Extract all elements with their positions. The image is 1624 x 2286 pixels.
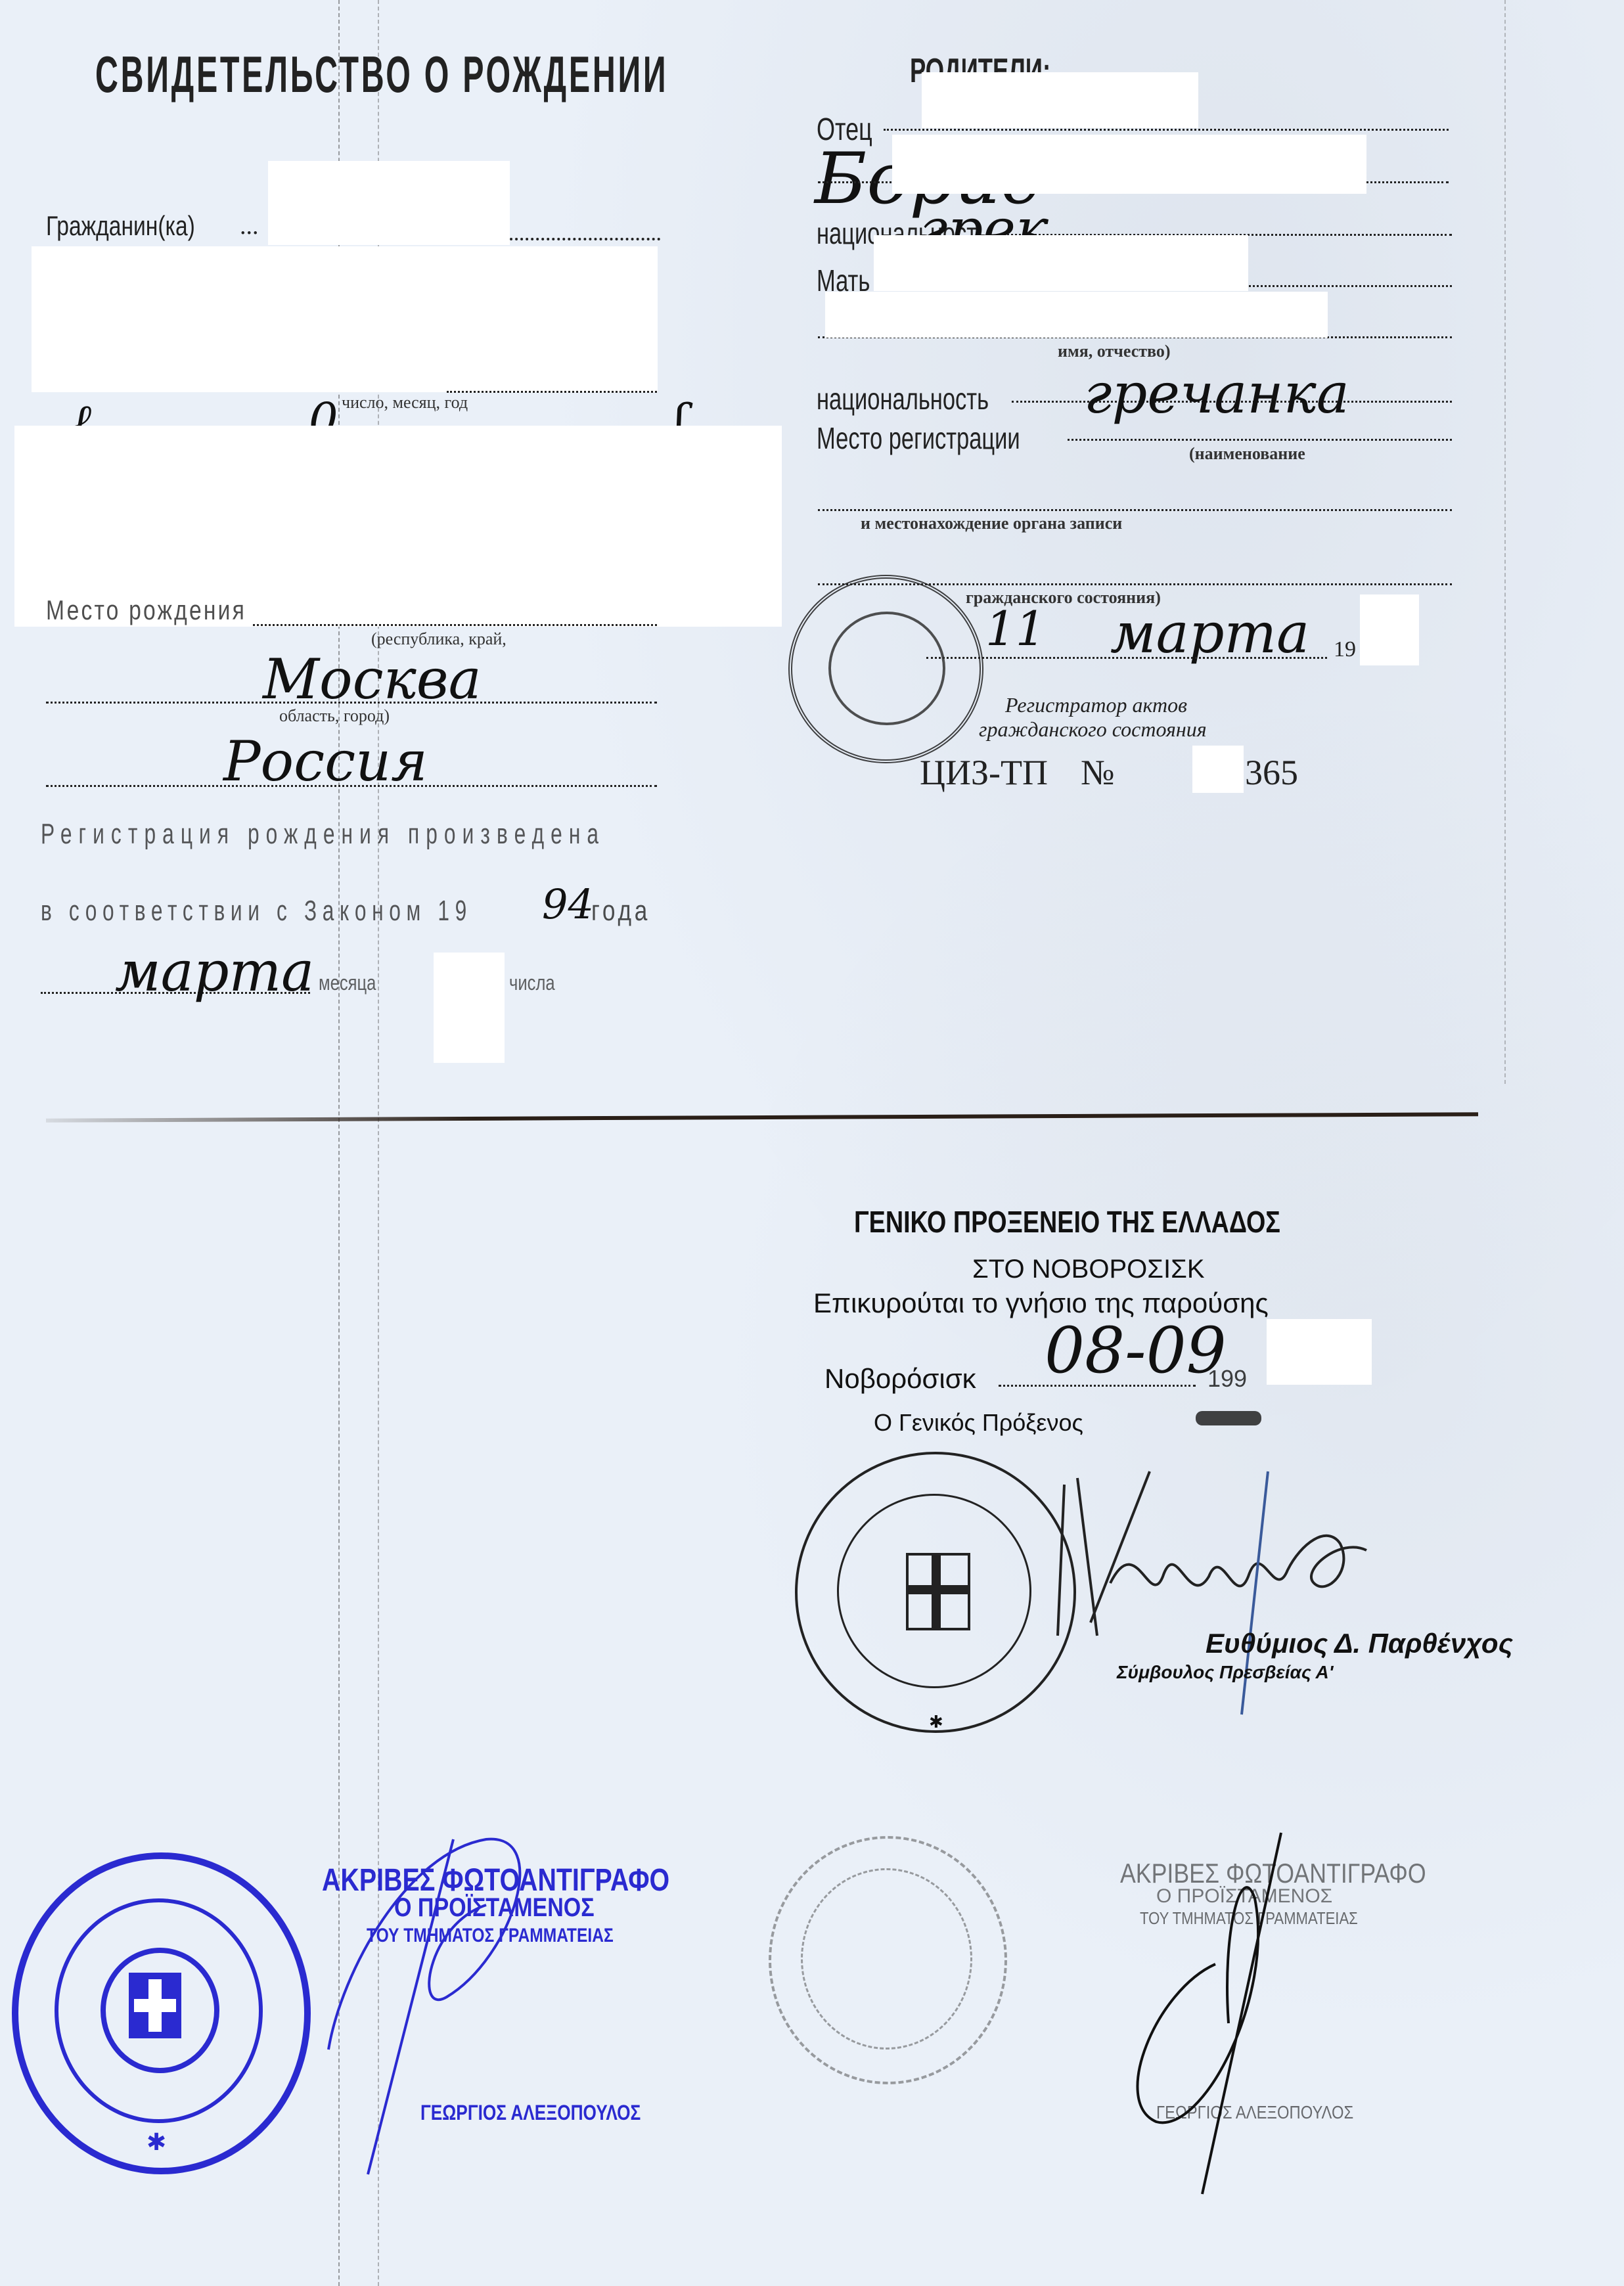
prefecture-seal: ✱ (12, 1852, 311, 2174)
registration-month-hand: марта (115, 939, 314, 1004)
star-icon: ✱ (147, 2128, 166, 2156)
registration-line-2: в соответствии с Законом 19 (41, 895, 472, 928)
signing-city-label: Νοβορόσισκ (824, 1363, 976, 1395)
redaction-signing-year (1267, 1319, 1372, 1385)
registration-year-hand: 94 (542, 880, 594, 928)
registration-year-suffix: года (591, 895, 650, 928)
signing-year-prefix: 199 (1207, 1365, 1247, 1393)
registration-place-dotted-line (1068, 439, 1452, 441)
issue-day-hand: 11 (985, 601, 1046, 656)
signer-title: Σύμβουλος Πρεσβείας Α' (1117, 1662, 1333, 1683)
certificate-number-suffix: 365 (1245, 752, 1298, 793)
consulate-seal: ✱ (795, 1452, 1076, 1733)
birthplace-country-hand: Россия (223, 729, 428, 794)
birthplace-region-hand: Москва (263, 647, 482, 711)
date-dotted-line (447, 391, 657, 393)
consul-general-label: Ο Γενικός Πρόξενος (874, 1409, 1083, 1437)
seal-inner-ring (828, 612, 945, 725)
redaction-mother (874, 235, 1248, 291)
coat-of-arms-icon (906, 1553, 970, 1630)
signer-name: Ευθύμιος Δ. Παρθένχος (1206, 1628, 1513, 1659)
faded-certifier-signature (1117, 1826, 1340, 2220)
registry-office-seal (788, 575, 983, 763)
mother-nationality-hand: гречанка (1084, 361, 1349, 426)
greek-flag-shield-icon (129, 1973, 181, 2038)
issue-year-prefix: 19 (1334, 637, 1356, 662)
issue-month-hand: марта (1110, 601, 1309, 665)
birthplace-hint-2: область, город) (279, 706, 390, 726)
registration-day-label: числа (509, 971, 555, 995)
certificate-title: СВИДЕТЕЛЬСТВО О РОЖДЕНИИ (95, 45, 668, 104)
registration-place-hint-1: (наименование (1189, 444, 1305, 464)
registration-place-hint-2: и местонахождение органа записи (861, 514, 1122, 533)
star-icon: ✱ (929, 1712, 943, 1732)
scribble-mark (1196, 1411, 1261, 1425)
consulate-city-heading: ΣΤΟ ΝΟΒΟΡΟΣΙΣΚ (972, 1255, 1205, 1284)
redaction-day (434, 952, 505, 1063)
redaction-parents (922, 72, 1198, 128)
redaction-mother-name (825, 292, 1328, 338)
signing-date-hand: 08-09 (1045, 1314, 1227, 1387)
mother-hint: имя, отчество) (1058, 342, 1171, 361)
father-dotted-line (884, 129, 1449, 131)
section-divider (46, 1112, 1478, 1123)
faded-prefecture-seal (769, 1836, 1007, 2084)
certifier-signature (315, 1826, 657, 2194)
seal-emblem-ring (101, 1948, 219, 2073)
registration-month-label: месяца (319, 971, 376, 995)
seal-inner-ring (801, 1868, 972, 2050)
redaction-issue-year (1360, 594, 1419, 665)
citizen-dotted-line (499, 238, 660, 240)
redaction-citizen (268, 161, 510, 245)
birthplace-label: Место рождения (46, 594, 246, 626)
citizen-label: Гражданин(ка) (46, 210, 195, 242)
birthplace-dotted-line (253, 624, 657, 626)
registrar-line-1: Регистратор актов (1005, 693, 1187, 717)
registration-line-1: Регистрация рождения произведена (41, 818, 605, 851)
certificate-series: ЦИЗ-ТП (920, 752, 1048, 793)
number-sign: № (1081, 752, 1115, 793)
document-page: СВИДЕТЕЛЬСТВО О РОЖДЕНИИ Гражданин(ка) .… (0, 0, 1624, 2286)
registration-place-dotted-line-2 (818, 509, 1452, 511)
issue-date-dotted-line (926, 657, 1327, 659)
birthplace-hint-1: (республика, край, (371, 629, 507, 649)
registration-place-label: Место регистрации (817, 420, 1020, 456)
consulate-heading: ΓΕΝΙΚΟ ΠΡΟΞΕΝΕΙΟ ΤΗΣ ΕΛΛΑΔΟΣ (854, 1204, 1280, 1240)
redaction-father-surname (892, 135, 1366, 194)
mother-nationality-label: национальность (817, 381, 989, 416)
citizen-prefix: ... (240, 212, 259, 240)
redaction-name (32, 246, 658, 392)
page-edge-line (1504, 0, 1506, 1084)
redaction-number (1192, 746, 1244, 793)
consul-signature (1051, 1439, 1419, 1741)
registrar-line-2: гражданского состояния (979, 717, 1207, 742)
date-hint: число, месяц, год (342, 393, 468, 413)
